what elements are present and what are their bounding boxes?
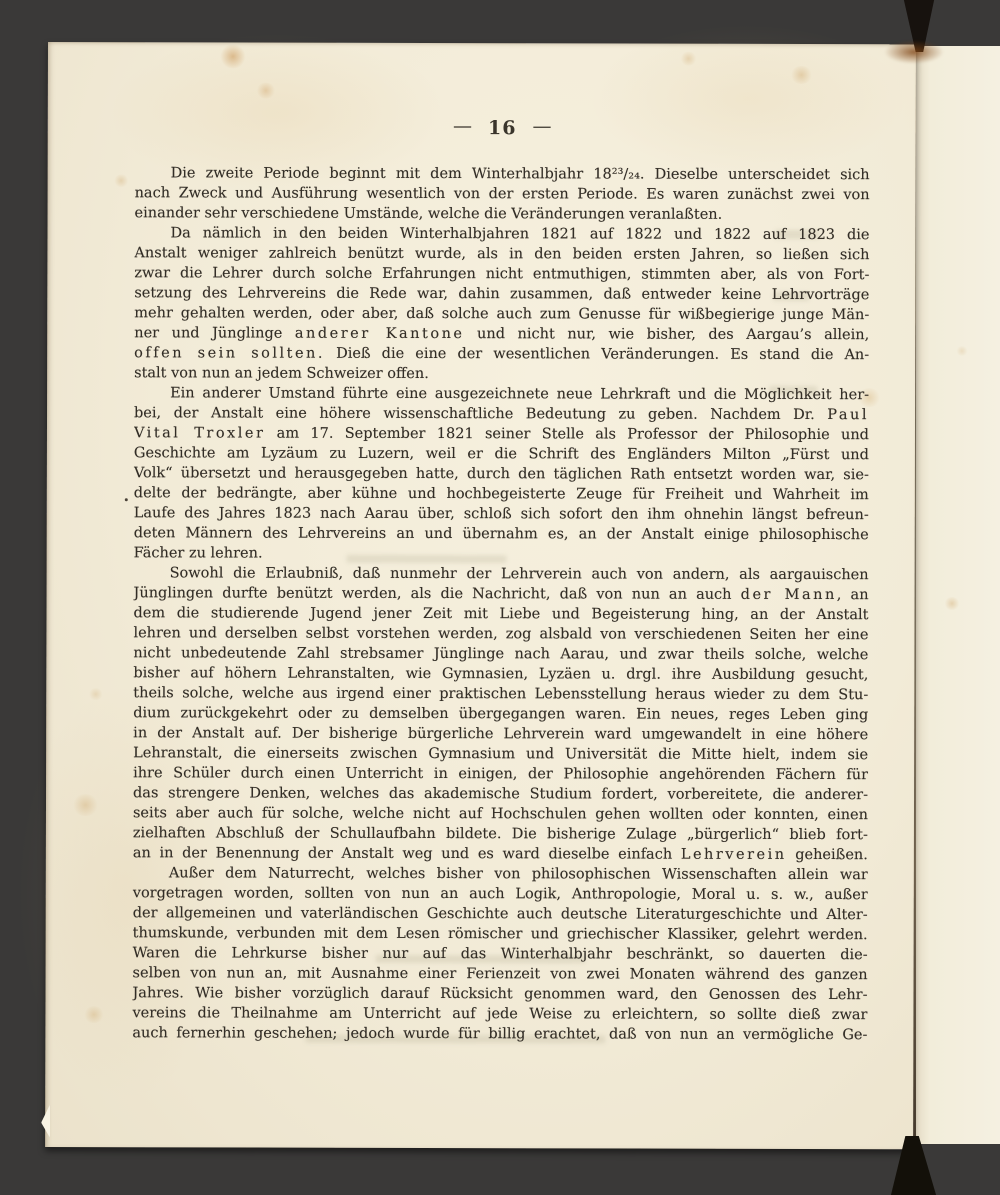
paragraph-4-line-9: in der Anstalt auf. Der bisherige bürger…: [133, 723, 868, 745]
paragraph-4-line-7: theils solche, welche aus irgend einer p…: [133, 683, 868, 705]
paragraph-4-line-8: dium zurückgekehrt oder zu demselben übe…: [133, 703, 868, 725]
paragraph-3-line-8: deten Männern des Lehrvereins an und übe…: [134, 523, 869, 545]
foxing-stain: [256, 83, 276, 99]
foxing-stain: [944, 597, 960, 610]
foxing-stain: [680, 52, 697, 66]
header-dash-right: —: [532, 115, 551, 137]
header-dash-left: —: [453, 115, 472, 137]
paragraph-5-line-4: thumskunde, verbunden mit dem Lesen römi…: [133, 923, 868, 945]
foxing-stain: [114, 174, 129, 187]
text-block: Die zweite Periode beginnt mit dem Winte…: [132, 163, 869, 1045]
paragraph-2-line-7: offen sein sollten. Dieß die eine der we…: [134, 343, 869, 365]
facing-page-edge: [916, 46, 1000, 1144]
paragraph-5-line-8: vereins die Theilnahme am Unterricht auf…: [132, 1003, 867, 1025]
paragraph-4-line-12: das strengere Denken, welches das akadem…: [133, 783, 868, 805]
paragraph-2-line-3: zwar die Lehrer durch solche Erfahrungen…: [134, 263, 869, 285]
paragraph-4-line-13: seits aber auch für solche, welche nicht…: [133, 803, 868, 825]
foxing-stain: [219, 44, 247, 68]
paragraph-4-line-14: zielhaften Abschluß der Schullaufbahn bi…: [133, 823, 868, 845]
paragraph-3-line-1: Ein anderer Umstand führte eine ausgezei…: [134, 383, 869, 405]
page-number-header: —16—: [135, 116, 870, 140]
ink-speck: [125, 498, 128, 501]
paragraph-5-line-1: Außer dem Naturrecht, welches bisher von…: [133, 863, 868, 885]
paragraph-4-line-2: Jünglingen durfte benützt werden, als di…: [134, 583, 869, 605]
book-scan: —16— Die zweite Periode beginnt mit dem …: [0, 0, 1000, 1195]
paragraph-4-line-10: Lehranstalt, die einerseits zwischen Gym…: [133, 743, 868, 765]
paragraph-2-line-6: ner und Jünglinge anderer Kantone und ni…: [134, 323, 869, 345]
paragraph-3-line-5: Volk“ übersetzt und herausgegeben hatte,…: [134, 463, 869, 485]
page-edge-tear: [41, 1104, 50, 1138]
paragraph-2-line-2: Anstalt weniger zahlreich benützt wurde,…: [134, 243, 869, 265]
paragraph-3-line-3: Vital Troxler am 17. September 1821 sein…: [134, 423, 869, 445]
foxing-stain: [88, 688, 103, 700]
paragraph-3-line-4: Geschichte am Lyzäum zu Luzern, weil er …: [134, 443, 869, 465]
book-page: —16— Die zweite Periode beginnt mit dem …: [45, 42, 916, 1149]
paragraph-3-line-2: bei, der Anstalt eine höhere wissenschaf…: [134, 403, 869, 425]
paragraph-1-line-2: nach Zweck und Ausführung wesentlich von…: [135, 183, 870, 205]
paragraph-4-line-6: bisher auf höhern Lehranstalten, wie Gym…: [133, 663, 868, 685]
paragraph-2-line-8: stalt von nun an jedem Schweizer offen.: [134, 363, 869, 385]
paragraph-2-line-4: setzung des Lehrvereins die Rede war, da…: [134, 283, 869, 305]
foxing-stain: [72, 794, 99, 816]
paragraph-1-line-3: einander sehr verschiedene Umstände, wel…: [135, 203, 870, 225]
page-number: 16: [488, 117, 517, 139]
paragraph-4-line-1: Sowohl die Erlaubniß, daß nunmehr der Le…: [134, 563, 869, 585]
paragraph-3-line-9: Fächer zu lehren.: [134, 543, 869, 565]
paragraph-5-line-5: Waren die Lehrkurse bisher nur auf das W…: [133, 943, 868, 965]
foxing-stain: [790, 66, 813, 84]
paragraph-1-line-1: Die zweite Periode beginnt mit dem Winte…: [135, 163, 870, 185]
gutter-glue-stain: [884, 40, 944, 64]
paragraph-4-line-5: nicht unbedeutende Zahl strebsamer Jüngl…: [133, 643, 868, 665]
foxing-stain: [956, 346, 968, 356]
paragraph-4-line-11: ihre Schüler durch einen Unterricht in e…: [133, 763, 868, 785]
paragraph-5-line-6: selben von nun an, mit Ausnahme einer Fe…: [133, 963, 868, 985]
paragraph-4-line-4: lehren und derselben selbst vorstehen we…: [133, 623, 868, 645]
paragraph-2-line-1: Da nämlich in den beiden Winterhalbjahre…: [134, 223, 869, 245]
paragraph-4-line-15: an in der Benennung der Anstalt weg und …: [133, 843, 868, 865]
paragraph-5-line-7: Jahres. Wie bisher vorzüglich darauf Rüc…: [132, 983, 867, 1005]
paragraph-3-line-7: Laufe des Jahres 1823 nach Aarau über, s…: [134, 503, 869, 525]
paragraph-2-line-5: mehr gehalten werden, oder aber, daß sol…: [134, 303, 869, 325]
paragraph-5-line-9: auch fernerhin geschehen; jedoch wurde f…: [132, 1023, 867, 1045]
paragraph-3-line-6: delte der bedrängte, aber kühne und hoch…: [134, 483, 869, 505]
foxing-stain: [83, 1006, 104, 1023]
paper-discoloration: [588, 23, 908, 174]
paragraph-5-line-3: der allgemeinen und vaterländischen Gesc…: [133, 903, 868, 925]
paragraph-4-line-3: dem die studierende Jugend jener Zeit mi…: [133, 603, 868, 625]
paragraph-5-line-2: vorgetragen worden, sollten von nun an a…: [133, 883, 868, 905]
